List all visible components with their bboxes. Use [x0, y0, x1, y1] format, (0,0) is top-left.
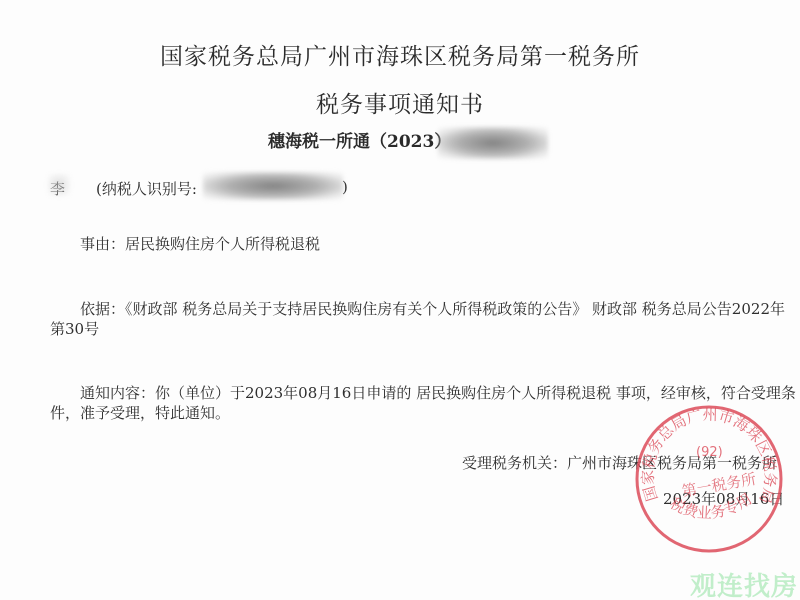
redacted-taxpayer-name	[48, 174, 70, 196]
basis-text-line1: 依据：《财政部 税务总局关于支持居民换购住房有关个人所得税政策的公告》 财政部 …	[80, 298, 785, 319]
notice-content-line1: 通知内容：你（单位）于2023年08月16日申请的 居民换购住房个人所得税退税 …	[80, 382, 796, 403]
taxpayer-line: 李(纳税人识别号:)	[50, 178, 197, 199]
official-seal-stamp: 国家税务总局广州市海珠区税务局 (92) 第一税务所 税费业务专用章	[634, 404, 784, 554]
issue-date: 2023年08月16日	[663, 488, 784, 509]
issuing-authority-title: 国家税务总局广州市海珠区税务局第一税务所	[0, 38, 800, 71]
redacted-document-number	[438, 127, 548, 159]
basis-text-line2: 第30号	[50, 318, 99, 339]
taxpayer-id-label: (纳税人识别号:	[96, 180, 197, 198]
notice-content-line2: 件，准予受理，特此通知。	[50, 402, 230, 423]
redacted-taxpayer-id	[203, 172, 343, 200]
receiving-authority: 受理税务机关：广州市海珠区税务局第一税务所	[462, 452, 777, 473]
document-number: 穗海税一所通（2023）	[268, 127, 451, 152]
document-title: 税务事项通知书	[0, 86, 800, 119]
tax-notice-document: 国家税务总局广州市海珠区税务局第一税务所 税务事项通知书 穗海税一所通（2023…	[0, 0, 800, 600]
watermark-text: 观连找房	[690, 566, 798, 600]
reason-text: 事由：居民换购住房个人所得税退税	[80, 233, 320, 254]
